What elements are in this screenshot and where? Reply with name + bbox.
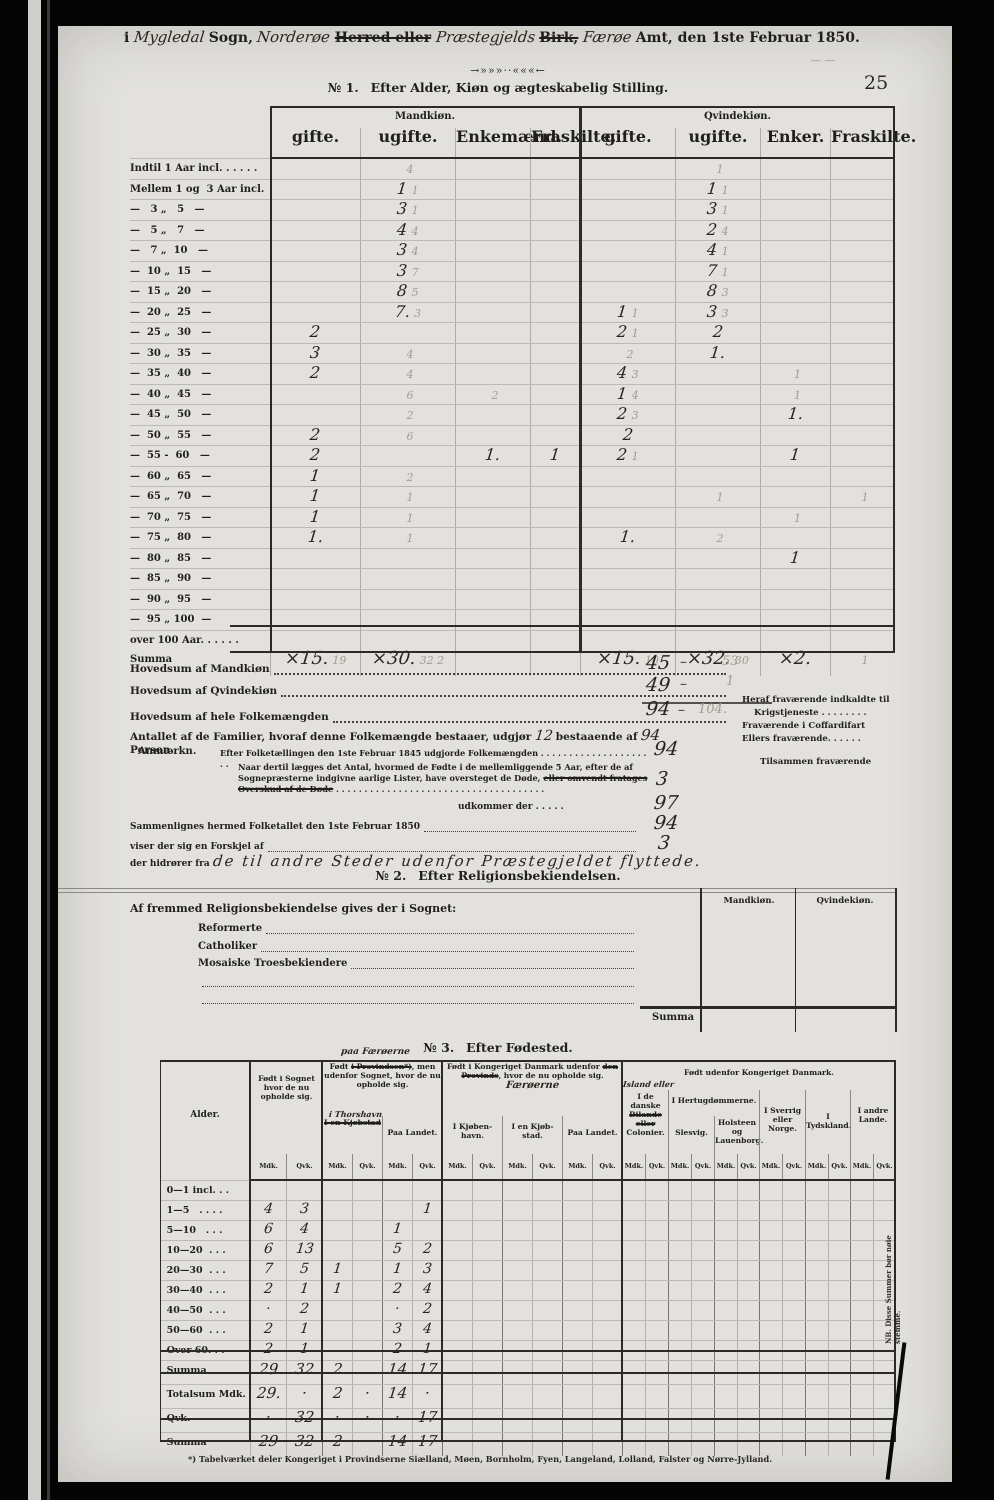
handwritten-value: 4 — [422, 1281, 433, 1298]
handwritten-value: 29 — [258, 1361, 279, 1378]
table3-cell — [714, 1221, 737, 1240]
handwritten-value: · — [394, 1301, 400, 1318]
groupC-handwritten: paa Færøerne — [340, 1047, 410, 1057]
table3-row-label: Totalsum Mdk. — [160, 1385, 250, 1408]
table3-cell — [622, 1221, 645, 1240]
table3-cell — [592, 1221, 622, 1240]
table3-cell — [782, 1201, 805, 1220]
table1-cell — [830, 590, 895, 610]
table1-cell — [455, 282, 530, 302]
table3-row: 10—20 . . .61352 — [160, 1240, 895, 1260]
table3-cell — [592, 1409, 622, 1432]
table3-row-label: 10—20 . . . — [160, 1241, 250, 1260]
table3-cell: 3 — [382, 1321, 412, 1340]
handwritten-value: 7 — [707, 262, 719, 279]
handwritten-value: 1. — [787, 405, 804, 422]
margin-line2: Krigstjeneste . . . . . . . . — [742, 707, 910, 720]
table3-groupE-sub3: I Sverrig eller Norge. — [759, 1090, 805, 1154]
table1-cell — [580, 590, 675, 610]
table3-cell — [532, 1261, 562, 1280]
table3-cell: 14 — [382, 1385, 412, 1408]
table-border — [250, 1179, 895, 1181]
dot-leader: . . . . . . . . . . . . . . . . . . . . — [764, 163, 827, 173]
groupD-pre: Født i Kongeriget Danmark udenfor — [447, 1062, 602, 1071]
table3-cell — [592, 1261, 622, 1280]
table3-cell — [472, 1221, 502, 1240]
sammenlign-value: 94 — [653, 812, 679, 834]
table3-cell — [714, 1385, 737, 1408]
prestegjeld-handwritten: Præstegjelds — [435, 28, 536, 46]
dot-leader — [266, 922, 634, 934]
handwritten-value: 2 — [617, 323, 629, 340]
table3-cell — [805, 1261, 828, 1280]
table3-cell — [442, 1201, 472, 1220]
forskjel-value: 3 — [657, 832, 671, 854]
table3-cell — [562, 1433, 592, 1456]
table3-cell — [472, 1301, 502, 1320]
handwritten-value: 5 — [392, 1241, 403, 1258]
table3-mdk-qvk-header: Qvk. — [592, 1154, 622, 1180]
table3-cell: 2 — [250, 1321, 286, 1340]
table-border — [270, 106, 895, 108]
table3-cell: 17 — [412, 1433, 442, 1456]
table3-cell — [442, 1433, 472, 1456]
table1-cell — [360, 549, 455, 569]
table1-cell — [675, 405, 760, 425]
pencil-value: 6 — [407, 389, 414, 402]
table1-cell: 1 — [760, 508, 830, 528]
dot-leader: . . . . . . . . . . . . . . . . . . . . — [534, 245, 577, 255]
table1-cell: 1 — [830, 650, 895, 676]
religion-row-label: Mosaiske Troesbekiendere — [198, 958, 347, 969]
handwritten-value: 29. — [256, 1385, 282, 1402]
table3-mdk-qvk-header: Qvk. — [737, 1154, 759, 1180]
pencil-value: 1 — [717, 491, 724, 504]
table2-col-mandkion: Mandkiøn. — [706, 896, 792, 906]
hovedsum-qvinde-pencil: 1 — [726, 674, 734, 689]
table1-cell: . . . . . . . . . . . . . . . . . . . . — [580, 241, 675, 261]
pencil-value: 4 — [722, 225, 729, 238]
pencil-value: 3 — [632, 368, 639, 381]
table3-cell — [668, 1261, 691, 1280]
table3-cell — [782, 1301, 805, 1320]
table3-mdk-qvk-header: Qvk. — [645, 1154, 668, 1180]
dot-leader — [424, 820, 636, 832]
table3-cell — [562, 1181, 592, 1200]
table3-cell — [322, 1181, 352, 1200]
table3-cell — [442, 1221, 472, 1240]
scanned-census-page: i Mygledal Sogn, Norderøe Herred eller P… — [0, 0, 994, 1500]
table1-cell: 11 — [580, 303, 675, 323]
table3-cell — [737, 1409, 759, 1432]
table3-cell: 1 — [286, 1321, 322, 1340]
table3-cell — [382, 1201, 412, 1220]
table1-cell: 14 — [580, 385, 675, 405]
table3-row: 40—50 . . .·2·2 — [160, 1300, 895, 1320]
table3-body: 0—1 incl. . . 1—5 . . . .431 5—10 . . .6… — [160, 1180, 895, 1456]
table1-group-header: Mandkiøn. Qvindekiøn. — [130, 106, 895, 128]
table3-cell: 2 — [250, 1281, 286, 1300]
table3-mdk-qvk-header: Qvk. — [828, 1154, 850, 1180]
handwritten-value: 1 — [299, 1281, 310, 1298]
groupC-struck: i Provindsen*) — [351, 1062, 412, 1071]
table3-cell: 32 — [286, 1433, 322, 1456]
table3-cell: 1 — [412, 1201, 442, 1220]
table1-cell: 6 — [360, 426, 455, 446]
handwritten-value: 1. — [619, 528, 636, 545]
table1-cell: 2 — [580, 344, 675, 364]
table3-cell: 4 — [412, 1281, 442, 1300]
handwritten-value: · — [265, 1301, 271, 1318]
table1-cell — [530, 344, 580, 364]
table3-cell — [691, 1261, 714, 1280]
table3-cell — [442, 1281, 472, 1300]
table1-cell — [675, 569, 760, 589]
table1-cell: 43 — [580, 364, 675, 384]
margin-line1: Heraf fraværende indkaldte til — [742, 694, 910, 707]
table1-cell — [455, 569, 530, 589]
handwritten-value: 3 — [397, 200, 409, 217]
table1-cell — [270, 569, 360, 589]
table1-cell — [760, 323, 830, 343]
table3-cell: · — [250, 1301, 286, 1320]
table1-cell — [830, 323, 895, 343]
table3-row-label: 1—5 . . . . — [160, 1201, 250, 1220]
table1-row: — 60 „ 65 —12 — [130, 466, 895, 487]
table1-cell: 1 — [760, 385, 830, 405]
handwritten-value: 1 — [299, 1321, 310, 1338]
table3-cell — [472, 1281, 502, 1300]
pencil-value: 1 — [632, 307, 639, 320]
table1-cell — [455, 549, 530, 569]
table1-cell — [530, 569, 580, 589]
table1-row: — 50 „ 55 —262 — [130, 425, 895, 446]
table3-cell — [532, 1221, 562, 1240]
table1-cell — [830, 528, 895, 548]
dot-leader — [351, 957, 634, 969]
table1-row-label: — 70 „ 75 — — [130, 508, 270, 528]
table3-cell — [622, 1385, 645, 1408]
section1-title: № 1. Efter Alder, Kiøn og ægteskabelig S… — [288, 80, 708, 95]
dot-leader: . . . . . . . . . . . . . . . . . . . . — [534, 225, 577, 235]
table1-row-label: Mellem 1 og 3 Aar incl. — [130, 180, 270, 200]
table1-row-label: — 75 „ 80 — — [130, 528, 270, 548]
groupD-post: , hvor de nu opholde sig. — [499, 1071, 604, 1080]
table-border — [160, 1060, 161, 1442]
table1-cell: . . . . . . . . . . . . . . . . . . . . — [455, 200, 530, 220]
table3-cell — [805, 1301, 828, 1320]
table-border — [160, 1418, 895, 1420]
table3-cell — [828, 1221, 850, 1240]
pencil-value: 1 — [722, 184, 729, 197]
dot-leader: . . . . . . . . . . . . . . . . . . . . — [274, 204, 357, 214]
table3-cell — [850, 1281, 873, 1300]
table1-cell: . . . . . . . . . . . . . . . . . . . . — [830, 221, 895, 241]
dot-leader: . . . . . . . . . . . . . . . . . . . . — [834, 266, 892, 276]
table3-cell: 6 — [250, 1221, 286, 1240]
table3-cell: 4 — [250, 1201, 286, 1220]
table1-row: — 7 „ 10 —. . . . . . . . . . . . . . . … — [130, 240, 895, 261]
table3-cell — [737, 1281, 759, 1300]
pencil-value: 7 — [412, 266, 419, 279]
pencil-value: 3 — [632, 409, 639, 422]
table1-cell: 2 — [675, 528, 760, 548]
table1-cell — [455, 590, 530, 610]
table3-cell: 32 — [286, 1409, 322, 1432]
pencil-value: 2 — [407, 471, 414, 484]
table3-cell — [668, 1385, 691, 1408]
handwritten-value: 4 — [299, 1221, 310, 1238]
table3-cell — [322, 1301, 352, 1320]
table3-mdk-qvk-header: Mdk. — [322, 1154, 352, 1180]
pencil-value: 1 — [722, 245, 729, 258]
table3-cell — [352, 1281, 382, 1300]
table3-cell — [668, 1321, 691, 1340]
religion-row-label: Catholiker — [198, 941, 257, 952]
anm-line2-dots: . . . . . . . . . . . . . . . . . . . . … — [336, 784, 544, 794]
table3-cell — [645, 1261, 668, 1280]
handwritten-value: 3 — [397, 241, 409, 258]
herred-label-struck: Herred eller — [335, 30, 431, 46]
table3-cell — [828, 1321, 850, 1340]
table1-cell — [270, 590, 360, 610]
table3-cell: · — [352, 1385, 382, 1408]
table3-cell — [782, 1241, 805, 1260]
section1-no: № 1. — [328, 80, 359, 95]
table1-cell — [455, 405, 530, 425]
table1-col-header: ugifte. — [360, 128, 455, 158]
religion-row-label: Reformerte — [198, 923, 262, 934]
table3-cell: 2 — [412, 1301, 442, 1320]
table3-cell — [828, 1261, 850, 1280]
handwritten-value: 4 — [422, 1321, 433, 1338]
table3-cell — [737, 1261, 759, 1280]
table3-cell — [714, 1321, 737, 1340]
table3-cell — [691, 1281, 714, 1300]
table1-cell — [455, 467, 530, 487]
table3-cell — [714, 1261, 737, 1280]
table1-cell: 37 — [360, 262, 455, 282]
table1-row-label: — 55 - 60 — — [130, 446, 270, 466]
table1-cell — [580, 467, 675, 487]
handwritten-value: 3 — [707, 303, 719, 320]
table1-cell: 2 — [580, 426, 675, 446]
table3-cell — [828, 1181, 850, 1200]
table3-cell — [782, 1409, 805, 1432]
table1-group-mandkion: Mandkiøn. — [270, 106, 580, 128]
handwritten-value: 13 — [295, 1241, 315, 1258]
table1-cell — [675, 590, 760, 610]
handwritten-value: 4 — [397, 221, 409, 238]
table3-cell — [759, 1433, 782, 1456]
table3-cell — [782, 1433, 805, 1456]
table3-cell — [668, 1409, 691, 1432]
table1-cell: 31 — [360, 200, 455, 220]
table1-cell: . . . . . . . . . . . . . . . . . . . . — [455, 221, 530, 241]
table1-row: — 75 „ 80 —1.11.2 — [130, 527, 895, 548]
table-border — [160, 1372, 895, 1374]
table1-row: — 45 „ 50 —2231. — [130, 404, 895, 425]
table1-col-header: Fraskilte. — [530, 128, 580, 158]
table3-cell — [622, 1301, 645, 1320]
groupD-sub3-label: Paa Landet. — [567, 1128, 617, 1137]
table3-cell — [828, 1201, 850, 1220]
table3-cell: · — [352, 1433, 382, 1456]
table1-row: — 35 „ 40 —24431 — [130, 363, 895, 384]
table3-cell — [622, 1321, 645, 1340]
table3-cell — [805, 1181, 828, 1200]
groupB-label: Født i Sognet hvor de nu opholde sig. — [258, 1074, 315, 1101]
table3-footnote: *) Tabelværket deler Kongeriget i Provin… — [188, 1454, 772, 1464]
table1-row: over 100 Aar. . . . . . — [130, 630, 895, 651]
religion-row — [198, 975, 638, 987]
table1-cell: . . . . . . . . . . . . . . . . . . . . — [270, 262, 360, 282]
table1-cell — [830, 282, 895, 302]
table3-cell — [592, 1201, 622, 1220]
handwritten-value: 3 — [299, 1201, 310, 1218]
table2-border — [700, 888, 702, 1032]
table3-cell — [691, 1321, 714, 1340]
pencil-value: 2 — [627, 348, 634, 361]
table-border — [249, 1060, 251, 1442]
table3-cell — [562, 1221, 592, 1240]
table1-row-label: — 65 „ 70 — — [130, 487, 270, 507]
table3-cell — [322, 1241, 352, 1260]
hovedsum-hele-pencil: 104. — [698, 702, 727, 717]
hovedsum-mand-value: 45 — [645, 652, 671, 674]
table3-cell — [737, 1181, 759, 1200]
handwritten-value: 1 — [790, 549, 802, 566]
handwritten-value: 2 — [617, 446, 629, 463]
table3-cell — [382, 1181, 412, 1200]
table3-cell — [622, 1241, 645, 1260]
table1-cell: 4 — [360, 159, 455, 179]
table3-mdk-qvk-header: Mdk. — [382, 1154, 412, 1180]
table1-row-label: — 5 „ 7 — — [130, 221, 270, 241]
table3-cell — [737, 1201, 759, 1220]
table3-cell — [645, 1385, 668, 1408]
handwritten-value: 1 — [397, 180, 409, 197]
table1-cell — [675, 385, 760, 405]
table-border — [160, 1350, 895, 1352]
sogn-label: Sogn, — [209, 30, 253, 46]
table3-cell — [502, 1261, 532, 1280]
table1-cell: 1 — [270, 508, 360, 528]
table1-cell — [530, 405, 580, 425]
handwritten-value: 1 — [617, 303, 629, 320]
groupE-sub2a-label: Slesvig. — [675, 1128, 708, 1137]
table1-cell: 4 — [360, 364, 455, 384]
table1-col-header: gifte. — [270, 128, 360, 158]
table3-cell — [805, 1221, 828, 1240]
table1-cell: 1 — [760, 446, 830, 466]
pencil-value: 6 — [407, 430, 414, 443]
handwritten-value: 2 — [622, 426, 634, 443]
table3-cell: · — [322, 1409, 352, 1432]
table1-cell: 44 — [360, 221, 455, 241]
table3-cell — [532, 1301, 562, 1320]
handwritten-value: 2 — [617, 405, 629, 422]
handwritten-value: 2 — [707, 221, 719, 238]
hovedsum-qvinde-row: Hovedsum af Qvindekiøn — [130, 684, 730, 697]
table3-cell — [472, 1409, 502, 1432]
table3-row-label: Summa — [160, 1433, 250, 1456]
table3-cell — [668, 1201, 691, 1220]
handwritten-value: 3 — [707, 200, 719, 217]
groupC-sub1-handwritten: i Thorshavn — [328, 1109, 382, 1119]
table3-cell: 4 — [286, 1221, 322, 1240]
pencil-value: 3 — [414, 307, 421, 320]
table3-cell — [502, 1201, 532, 1220]
table3-cell: 7 — [250, 1261, 286, 1280]
table1-cell — [760, 528, 830, 548]
table1-cell — [530, 487, 580, 507]
handwritten-value: 1 — [707, 180, 719, 197]
table1-cell: . . . . . . . . . . . . . . . . . . . . — [580, 159, 675, 179]
pencil-value: 1 — [407, 512, 414, 525]
table2-border — [795, 888, 796, 1032]
sammenlign-row: Sammenlignes hermed Folketallet den 1ste… — [130, 820, 640, 832]
table1-cell — [530, 364, 580, 384]
table3-mdk-qvk-header: Mdk. — [805, 1154, 828, 1180]
dot-leader: . . . . . . . . . . . . . . . . . . . . — [834, 225, 892, 235]
table1-cell — [675, 426, 760, 446]
pencil-value: 1 — [794, 512, 801, 525]
sammenlign-label: Sammenlignes hermed Folketallet den 1ste… — [130, 822, 420, 832]
dot-leader: . . . . . . . . . . . . . . . . . . . . — [459, 225, 527, 235]
anm-line2a: Naar dertil lægges det Antal, hvormed de… — [238, 762, 633, 772]
table1-cell: . . . . . . . . . . . . . . . . . . . . — [760, 221, 830, 241]
groupC-sub2-label: Paa Landet. — [387, 1128, 437, 1137]
handwritten-value: 3 — [422, 1261, 433, 1278]
table1-cell: 1 — [675, 487, 760, 507]
handwritten-value: 1 — [392, 1261, 403, 1278]
table-border — [270, 157, 895, 159]
table1-cell: 7.3 — [360, 303, 455, 323]
table1-cell: 2 — [270, 364, 360, 384]
handwritten-value: 1 — [310, 508, 322, 525]
table3-cell — [442, 1241, 472, 1260]
pencil-value: 1 — [407, 532, 414, 545]
table2-border — [640, 1006, 895, 1009]
table3-cell — [828, 1281, 850, 1300]
hovedsum-mand-pencil: 53 — [722, 654, 739, 669]
table1-cell: 21 — [580, 323, 675, 343]
table3-cell — [782, 1321, 805, 1340]
section3-no: № 3. — [423, 1040, 454, 1055]
table1-cell — [760, 344, 830, 364]
table3-cell: 2 — [382, 1281, 412, 1300]
groupE-sub1-line1: I de danske — [630, 1092, 660, 1110]
table3-row-label: 0—1 incl. . . — [160, 1181, 250, 1200]
pencil-value: 4 — [407, 348, 414, 361]
table1-row: — 20 „ 25 —7.31133 — [130, 302, 895, 323]
groupC-pre: Født — [330, 1062, 352, 1071]
table1-row-label: Indtil 1 Aar incl. . . . . . — [130, 159, 270, 179]
handwritten-value: 3 — [392, 1321, 403, 1338]
table3-groupE-sub5: I andre Lande. — [850, 1090, 895, 1154]
table1-cell — [270, 405, 360, 425]
table3-groupC-sub1: i Thorshavn I en Kjøbstad — [322, 1116, 382, 1154]
table1-cell — [530, 323, 580, 343]
table1-row: — 70 „ 75 —111 — [130, 507, 895, 528]
handwritten-value: 2 — [712, 323, 724, 340]
table3-cell — [472, 1241, 502, 1260]
table1-cell: . . . . . . . . . . . . . . . . . . . . — [455, 241, 530, 261]
table1-row-label: — 7 „ 10 — — [130, 241, 270, 261]
handwritten-value: 7 — [263, 1261, 274, 1278]
table3-cell — [691, 1181, 714, 1200]
